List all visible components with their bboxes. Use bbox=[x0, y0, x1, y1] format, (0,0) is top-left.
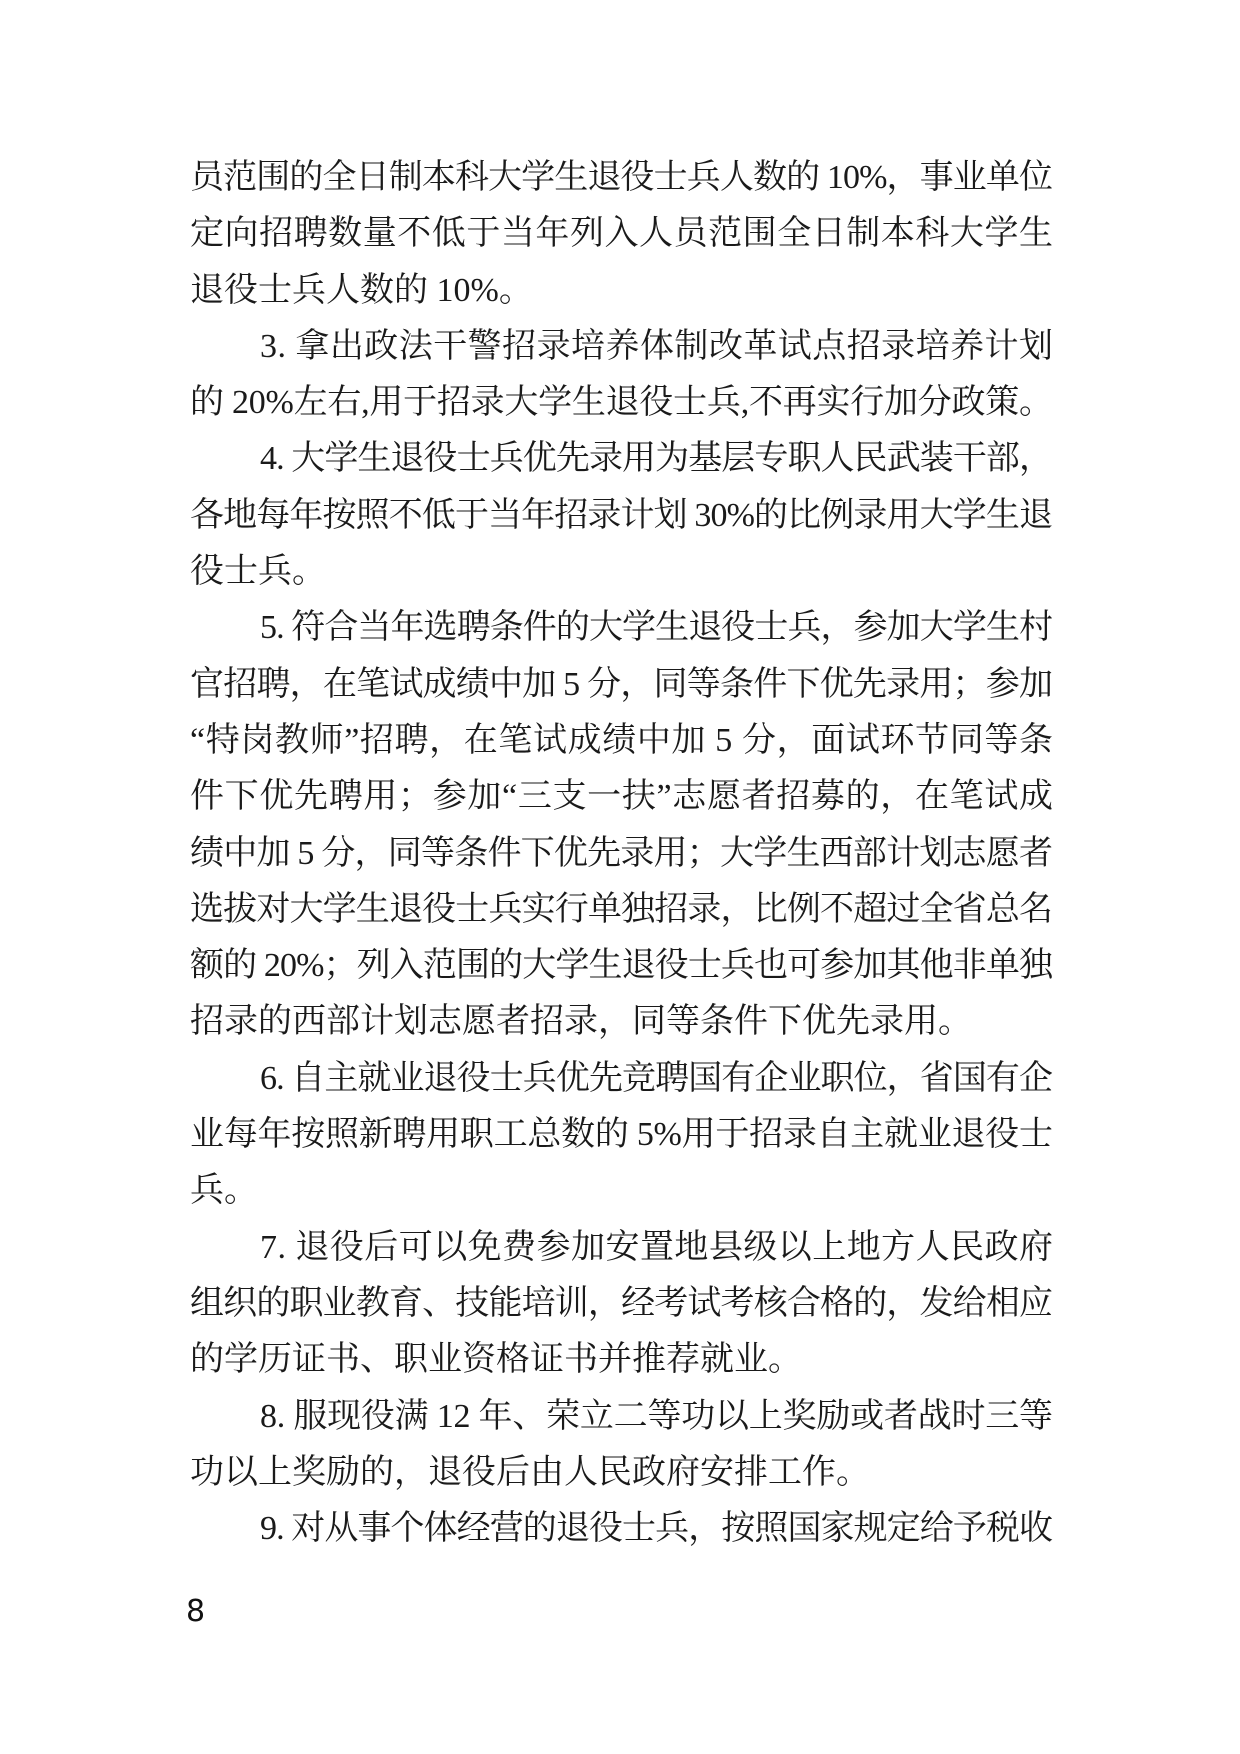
text-line: “特岗教师”招聘，在笔试成绩中加 5 分，面试环节同等条 bbox=[190, 713, 1053, 769]
text-line: 额的 20%；列入范围的大学生退役士兵也可参加其他非单独 bbox=[190, 938, 1053, 994]
text-line: 9. 对从事个体经营的退役士兵，按照国家规定给予税收 bbox=[190, 1501, 1053, 1557]
text-line: 件下优先聘用；参加“三支一扶”志愿者招募的，在笔试成 bbox=[190, 769, 1053, 825]
text-line: 兵。 bbox=[190, 1163, 1053, 1219]
text-block: 员范围的全日制本科大学生退役士兵人数的 10%，事业单位定向招聘数量不低于当年列… bbox=[190, 150, 1053, 1557]
text-line: 绩中加 5 分，同等条件下优先录用；大学生西部计划志愿者 bbox=[190, 826, 1053, 882]
text-line: 7. 退役后可以免费参加安置地县级以上地方人民政府 bbox=[190, 1220, 1053, 1276]
text-line: 定向招聘数量不低于当年列入人员范围全日制本科大学生 bbox=[190, 206, 1053, 262]
page-number: 8 bbox=[186, 1596, 205, 1628]
text-line: 4. 大学生退役士兵优先录用为基层专职人民武装干部， bbox=[190, 431, 1053, 487]
text-line: 功以上奖励的，退役后由人民政府安排工作。 bbox=[190, 1445, 1053, 1501]
text-line: 3. 拿出政法干警招录培养体制改革试点招录培养计划 bbox=[190, 319, 1053, 375]
text-line: 官招聘，在笔试成绩中加 5 分，同等条件下优先录用；参加 bbox=[190, 657, 1053, 713]
text-line: 5. 符合当年选聘条件的大学生退役士兵，参加大学生村 bbox=[190, 600, 1053, 656]
text-line: 各地每年按照不低于当年招录计划 30%的比例录用大学生退 bbox=[190, 488, 1053, 544]
text-line: 组织的职业教育、技能培训，经考试考核合格的，发给相应 bbox=[190, 1276, 1053, 1332]
text-line: 退役士兵人数的 10%。 bbox=[190, 263, 1053, 319]
text-line: 8. 服现役满 12 年、荣立二等功以上奖励或者战时三等 bbox=[190, 1389, 1053, 1445]
text-line: 招录的西部计划志愿者招录，同等条件下优先录用。 bbox=[190, 994, 1053, 1050]
text-line: 的 20%左右,用于招录大学生退役士兵,不再实行加分政策。 bbox=[190, 375, 1053, 431]
text-line: 员范围的全日制本科大学生退役士兵人数的 10%，事业单位 bbox=[190, 150, 1053, 206]
text-line: 业每年按照新聘用职工总数的 5%用于招录自主就业退役士 bbox=[190, 1107, 1053, 1163]
text-line: 的学历证书、职业资格证书并推荐就业。 bbox=[190, 1332, 1053, 1388]
text-line: 役士兵。 bbox=[190, 544, 1053, 600]
text-line: 选拔对大学生退役士兵实行单独招录，比例不超过全省总名 bbox=[190, 882, 1053, 938]
text-line: 6. 自主就业退役士兵优先竞聘国有企业职位，省国有企 bbox=[190, 1051, 1053, 1107]
document-page: 员范围的全日制本科大学生退役士兵人数的 10%，事业单位定向招聘数量不低于当年列… bbox=[0, 0, 1240, 1754]
